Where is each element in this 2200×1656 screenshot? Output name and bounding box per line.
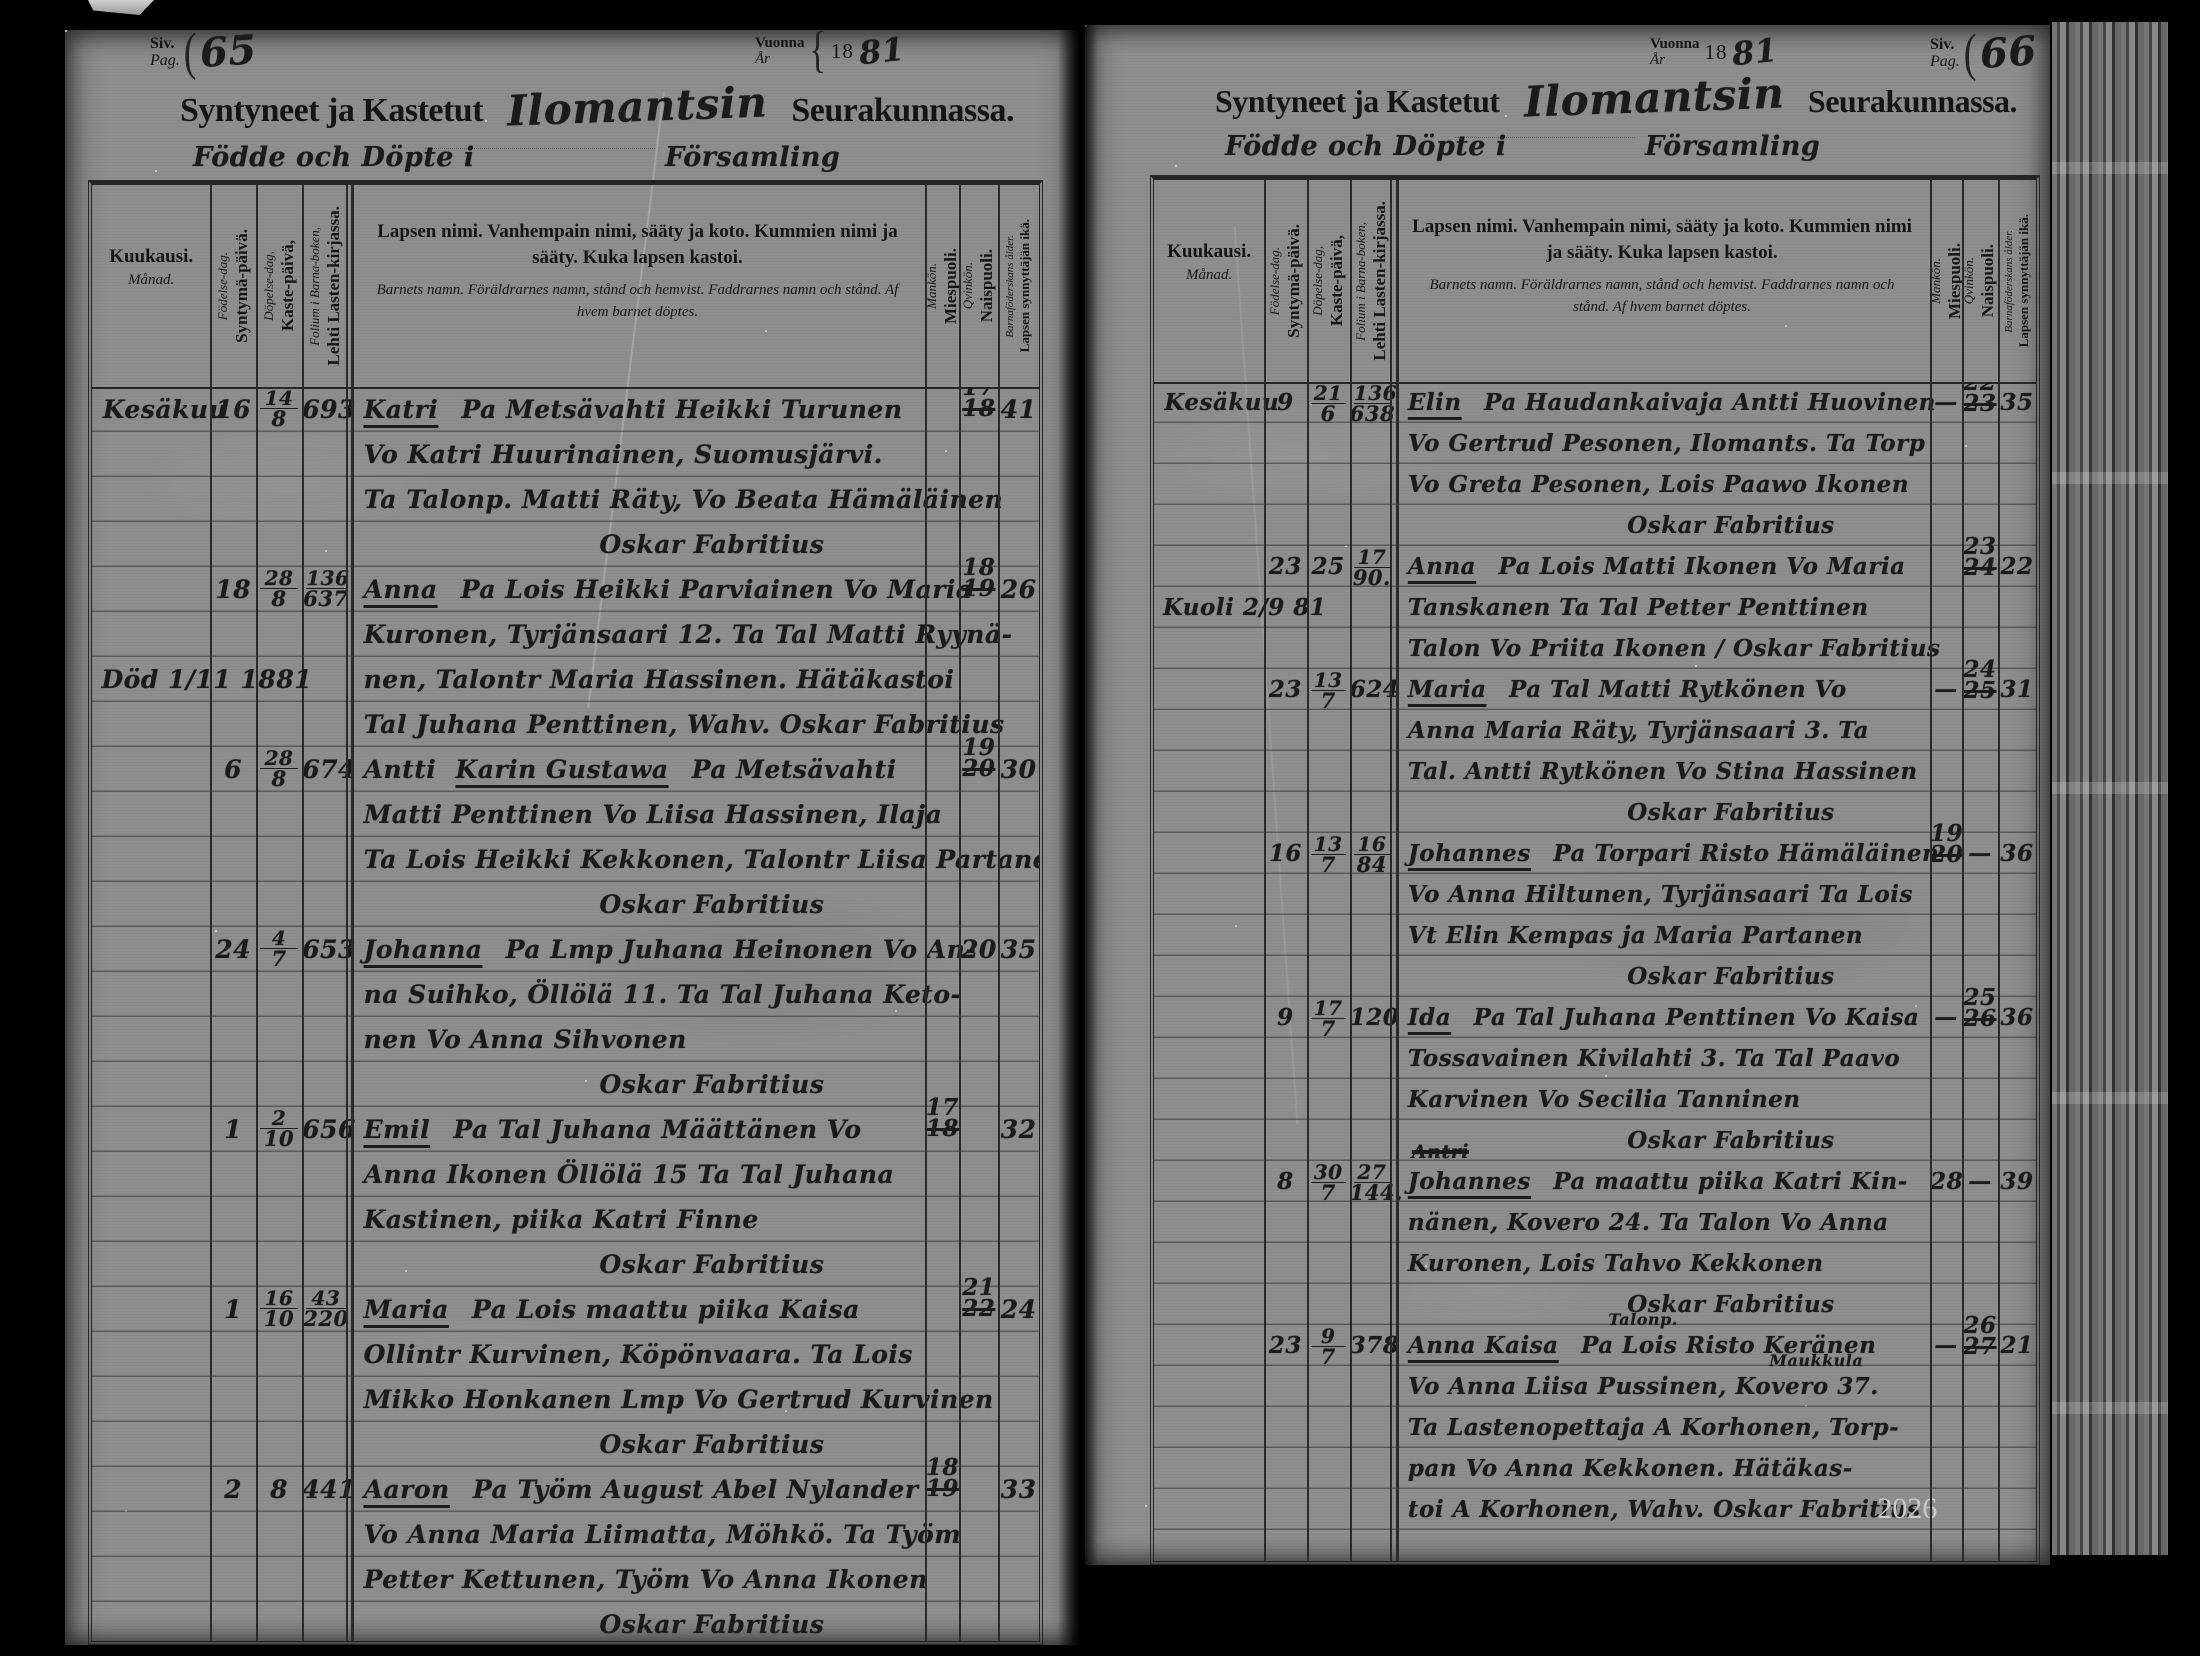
struck-number: 20 (959, 758, 998, 779)
baptism-month-denominator: 7 (1307, 691, 1350, 711)
year-century: 18 (831, 39, 854, 64)
entry-female-number: 2324 (1962, 536, 1998, 578)
entry-text-line: Kuronen, Tyrjänsaari 12. Ta Tal Matti Ry… (364, 612, 926, 657)
register-entry: Kuoli 2/9 81 23 25 1790. Anna Pa Lois Ma… (1154, 546, 2036, 669)
entry-celebrant: Oskar Fabritius (1408, 505, 1930, 546)
female-header-fi: Naispuoli. (1978, 244, 1998, 317)
entry-text: Aaron Pa Työm August Abel Nylander Vo An… (350, 1467, 926, 1641)
entry-text-line: Vo Anna Hiltunen, Tyrjänsaari Ta Lois (1408, 874, 1930, 915)
female-header-sv: Qvinkön. (960, 262, 976, 309)
baptism-month-denominator: 10 (256, 1309, 302, 1329)
film-frame-number: 2026 (1877, 1492, 1937, 1526)
entry-baptism-day: 97 (1307, 1325, 1350, 1367)
birth-header-fi: Syntymä-päivä. (1284, 224, 1304, 338)
entry-parents-text: Pa Lois maattu piika Kaisa (472, 1295, 860, 1324)
entry-text-line: Vo Greta Pesonen, Lois Paawo Ikonen (1408, 464, 1930, 505)
column-divider (1307, 180, 1309, 1561)
page-left: Siv. Pag. ( 65 Vuonna År { 18 81 Syntyne… (65, 30, 1078, 1645)
column-divider (1350, 180, 1352, 1561)
register-entry: 8 307 27144. Antri Johannes Pa maattu pi… (1154, 1161, 2036, 1325)
column-divider (210, 185, 212, 1641)
entry-text-line: nen, Talontr Maria Hassinen. Hätäkastoi (364, 657, 926, 702)
entry-mother-age: 39 (1998, 1161, 2036, 1202)
entry-birth-day: 16 (210, 387, 255, 432)
ar-label: År (755, 51, 804, 67)
entry-mother-age: 26 (998, 567, 1039, 612)
entry-text-line: Ida Pa Tal Juhana Penttinen Vo Kaisa (1408, 997, 1930, 1038)
vuonna-label: Vuonna (1650, 36, 1699, 52)
entry-mother-age: 31 (1998, 669, 2036, 710)
entry-text: Antti Karin Gustawa Pa Metsävahti Matti … (350, 747, 926, 927)
table-header: Kuukausi. Månad. Födelse-dag. Syntymä-pä… (92, 185, 1039, 389)
folio-header-sv: Folium i Barna-boken, (307, 227, 323, 346)
column-divider (1962, 180, 1964, 1561)
column-header-folio: Folium i Barna-boken, Lehti Lasten-kirja… (1350, 186, 1394, 376)
entry-baptism-day: 177 (1307, 997, 1350, 1039)
entry-celebrant: Oskar Fabritius (364, 522, 926, 567)
entry-folio: 441 (302, 1467, 349, 1512)
entry-text-line: Karvinen Vo Secilia Tanninen (1408, 1079, 1930, 1120)
struck-number: 25 (1962, 680, 1998, 701)
age-header-fi: Lapsen synnyttäjän ikä. (1017, 219, 1033, 352)
entry-month: Kesäkuu (97, 387, 217, 432)
entry-parents-text: Pa Torpari Risto Hämäläinen (1553, 840, 1939, 867)
entry-baptism-day: 47 (256, 927, 302, 969)
entry-child-name: Ida (1408, 1004, 1451, 1031)
folio-number: 90. (1350, 568, 1394, 588)
entry-text: Elin Pa Haudankaivaja Antti Huovinen Vo … (1394, 382, 1930, 546)
month-header-fi: Kuukausi. (1154, 240, 1264, 264)
baptism-month-denominator: 7 (1307, 1347, 1350, 1367)
entry-text: Ida Pa Tal Juhana Penttinen Vo Kaisa Tos… (1394, 997, 1930, 1161)
entry-text-line: Anna Ikonen Öllölä 15 Ta Tal Juhana (364, 1152, 926, 1197)
page-number: 65 (199, 26, 259, 77)
entry-child-name: Karin Gustawa (455, 755, 668, 784)
entry-folio: 136637 (302, 567, 349, 609)
page-title: Syntyneet ja Kastetut Ilomantsin Seuraku… (180, 82, 1014, 131)
entry-text-line: Elin Pa Haudankaivaja Antti Huovinen (1408, 382, 1930, 423)
entry-text-line: Antri Johannes Pa maattu piika Katri Kin… (1408, 1161, 1930, 1202)
entry-celebrant: Oskar Fabritius (364, 882, 926, 927)
entry-male-number: — (1930, 669, 1962, 710)
column-divider (256, 185, 258, 1641)
entry-female-number: 2425 (1962, 659, 1998, 701)
column-divider (998, 185, 1000, 1641)
entry-child-name: Anna (1408, 553, 1476, 580)
entry-baptism-day: 137 (1307, 669, 1350, 711)
column-header-male: Mankön. Miespuoli. (1930, 186, 1962, 376)
entry-text-line: Ollintr Kurvinen, Köpönvaara. Ta Lois (364, 1332, 926, 1377)
entry-baptism-day: 210 (256, 1107, 302, 1149)
struck-number: 23 (1962, 393, 1998, 414)
entry-celebrant: Oskar Fabritius (364, 1242, 926, 1287)
column-divider (959, 185, 961, 1641)
entry-folio: 378 (1350, 1325, 1394, 1366)
entry-text-line: Vo Katri Huurinainen, Suomusjärvi. (364, 432, 926, 477)
baptism-month-denominator: 6 (1307, 404, 1350, 424)
entry-baptism-day: 288 (256, 567, 302, 609)
entry-text: Anna Pa Lois Heikki Parviainen Vo Maria … (350, 567, 926, 747)
baptism-header-sv: Döpelse-dag, (261, 251, 277, 321)
entry-birth-day: 8 (1264, 1161, 1306, 1202)
entry-text: Maria Pa Lois maattu piika Kaisa Ollintr… (350, 1287, 926, 1467)
month-header-sv: Månad. (92, 269, 210, 291)
entry-text: Antri Johannes Pa maattu piika Katri Kin… (1394, 1161, 1930, 1325)
register-table: Kuukausi. Månad. Födelse-dag. Syntymä-pä… (1150, 175, 2040, 1565)
entry-baptism-day: 1610 (256, 1287, 302, 1329)
entry-folio: 693 (302, 387, 349, 432)
baptism-month-denominator: 8 (256, 409, 302, 429)
entry-birth-day: 1 (210, 1107, 255, 1152)
entry-text-line: Vt Elin Kempas ja Maria Partanen (1408, 915, 1930, 956)
entry-text: Johannes Pa Torpari Risto Hämäläinen Vo … (1394, 833, 1930, 997)
entry-child-name: Elin (1408, 389, 1462, 416)
age-header-sv: Barnaföderskans ålder. (1004, 235, 1016, 338)
age-header-fi: Lapsen synnyttäjän ikä. (2016, 214, 2032, 347)
column-header-month: Kuukausi. Månad. (1154, 240, 1264, 286)
entry-interline-note: Maukkula (1769, 1354, 1863, 1367)
column-divider (925, 185, 927, 1641)
entry-parents-text: Pa Metsävahti Heikki Turunen (461, 395, 902, 424)
entry-mother-age: 21 (1998, 1325, 2036, 1366)
entry-text: Anna Pa Lois Matti Ikonen Vo Maria Tansk… (1394, 546, 1930, 669)
entry-text: Maria Pa Tal Matti Rytkönen Vo Anna Mari… (1394, 669, 1930, 833)
register-book-scan: Siv. Pag. ( 65 Vuonna År { 18 81 Syntyne… (0, 0, 2200, 1656)
register-entry: 9 177 120 Ida Pa Tal Juhana Penttinen Vo… (1154, 997, 2036, 1161)
struck-number: 24 (1962, 557, 1998, 578)
entry-celebrant: Oskar Fabritius (1408, 1120, 1930, 1161)
entry-month: Kesäkuu (1158, 382, 1270, 423)
register-entry: 6 288 674 Antti Karin Gustawa Pa Metsäva… (92, 747, 1039, 927)
baptism-month-denominator: 8 (256, 769, 302, 789)
entry-text-line: Ta Talonp. Matti Räty, Vo Beata Hämäläin… (364, 477, 926, 522)
table-header: Kuukausi. Månad. Födelse-dag. Syntymä-pä… (1154, 180, 2036, 384)
entry-text-line: Antti Karin Gustawa Pa Metsävahti (364, 747, 926, 792)
brace-glyph: { (809, 23, 825, 80)
register-entry: 1 210 656 Emil Pa Tal Juhana Määttänen V… (92, 1107, 1039, 1287)
subtitle-swedish-right: Församling (1645, 131, 1820, 162)
entry-child-name: Johannes (1408, 1168, 1531, 1195)
entry-text-line: Vo Gertrud Pesonen, Ilomants. Ta Torp (1408, 423, 1930, 464)
register-entry: 23 137 624 Maria Pa Tal Matti Rytkönen V… (1154, 669, 2036, 833)
entry-text-line: Anna Pa Lois Matti Ikonen Vo Maria (1408, 546, 1930, 587)
main-header-sv: Barnets namn. Föräldrarnes namn, stånd o… (368, 279, 908, 323)
entry-child-name: Maria (364, 1295, 449, 1324)
entry-name-struck: Antri (1412, 1144, 1469, 1160)
baptism-month-denominator: 7 (1307, 1019, 1350, 1039)
entry-text-line: Talon Vo Priita Ikonen / Oskar Fabritius (1408, 628, 1930, 669)
entry-folio: 624 (1350, 669, 1394, 710)
entry-folio: 136638 (1350, 382, 1394, 424)
entry-text-line: Ta Lois Heikki Kekkonen, Talontr Liisa P… (364, 837, 926, 882)
entry-text-line: Anna Pa Lois Heikki Parviainen Vo Maria (364, 567, 926, 612)
main-header-fi: Lapsen nimi. Vanhempain nimi, sääty ja k… (1412, 214, 1912, 266)
entry-text-line: Maria Pa Lois maattu piika Kaisa (364, 1287, 926, 1332)
entry-text-line: Emil Pa Tal Juhana Määttänen Vo (364, 1107, 926, 1152)
column-header-mother-age: Barnaföderskans ålder. Lapsen synnyttäjä… (1998, 186, 2036, 376)
entry-text-line: Johanna Pa Lmp Juhana Heinonen Vo An- (364, 927, 926, 972)
entry-text-line: nänen, Kovero 24. Ta Talon Vo Anna (1408, 1202, 1930, 1243)
entry-text-line: Tal. Antti Rytkönen Vo Stina Hassinen (1408, 751, 1930, 792)
register-table: Kuukausi. Månad. Födelse-dag. Syntymä-pä… (88, 180, 1043, 1645)
year-handwritten: 81 (1731, 31, 1780, 74)
entry-baptism-day: 25 (1307, 546, 1350, 587)
entry-child-name: Maria (1408, 676, 1487, 703)
entry-female-number: 1718 (959, 387, 998, 419)
entry-text: Katri Pa Metsävahti Heikki Turunen Vo Ka… (350, 387, 926, 567)
entry-parents-text: Pa Lmp Juhana Heinonen Vo An- (506, 935, 976, 964)
entry-text: Anna Kaisa Pa Lois Risto Keränen Vo Anna… (1394, 1325, 1930, 1530)
entry-baptism-day: 148 (256, 387, 302, 429)
year-handwritten: 81 (857, 30, 906, 73)
entry-baptism-day: 307 (1307, 1161, 1350, 1203)
entry-parents-text: Pa Lois Matti Ikonen Vo Maria (1499, 553, 1906, 580)
entry-text-line: Aaron Pa Työm August Abel Nylander (364, 1467, 926, 1512)
year-block: Vuonna År { 18 81 (755, 32, 904, 70)
entry-male-number: 1718 (925, 1097, 959, 1139)
vuonna-label: Vuonna (755, 35, 804, 51)
entry-text-line: Johannes Pa Torpari Risto Hämäläinen (1408, 833, 1930, 874)
table-body: Kesäkuu 9 216 136638 Elin Pa Haudankaiva… (1154, 382, 2036, 1561)
column-divider-double (351, 185, 354, 1641)
baptism-month-denominator: 7 (256, 949, 302, 969)
entry-birth-day: 6 (210, 747, 255, 792)
entry-text-line: Tanskanen Ta Tal Petter Penttinen (1408, 587, 1930, 628)
entry-female-number: 2627 (1962, 1315, 1998, 1357)
entry-child-name: Johanna (364, 935, 483, 964)
entry-child-name: Anna Kaisa (1408, 1332, 1559, 1359)
entry-text-line: nen Vo Anna Sihvonen (364, 1017, 926, 1062)
column-header-birth-day: Födelse-dag. Syntymä-päivä. (1264, 186, 1306, 376)
column-header-female: Qvinkön. Naispuoli. (1962, 186, 1998, 376)
entry-folio: 674 (302, 747, 349, 792)
register-entry: 1 1610 43220 Maria Pa Lois maattu piika … (92, 1287, 1039, 1467)
female-header-fi: Naispuoli. (977, 249, 997, 322)
page-number-labels: Siv. Pag. (150, 35, 180, 69)
entry-text-line: na Suihko, Öllölä 11. Ta Tal Juhana Keto… (364, 972, 926, 1017)
baptism-month-denominator: 7 (1307, 855, 1350, 875)
page-edges-stack (2052, 22, 2168, 1555)
folio-number: 220 (302, 1309, 349, 1329)
register-entry: Död 1/11 1881 18 288 136637 Anna Pa Lois… (92, 567, 1039, 747)
register-entry: 24 47 653 Johanna Pa Lmp Juhana Heinonen… (92, 927, 1039, 1107)
entry-text-line: Kastinen, piika Katri Finne (364, 1197, 926, 1242)
entry-text-line: Tossavainen Kivilahti 3. Ta Tal Paavo (1408, 1038, 1930, 1079)
column-header-birth-day: Födelse-dag. Syntymä-päivä. (210, 191, 255, 381)
film-tear-artifact (88, 0, 154, 15)
entry-birth-day: 9 (1264, 382, 1306, 423)
folio-header-fi: Lehti Lasten-kirjassa. (1370, 201, 1390, 361)
baptism-month-denominator: 7 (1307, 1183, 1350, 1203)
table-body: Kesäkuu 16 148 693 Katri Pa Metsävahti H… (92, 387, 1039, 1641)
entry-female-number: 2223 (1962, 382, 1998, 414)
struck-number: 20 (1930, 844, 1962, 865)
register-entry: 16 137 1684 Johannes Pa Torpari Risto Hä… (1154, 833, 2036, 997)
entry-baptism-day: 288 (256, 747, 302, 789)
siv-label: Siv. (1930, 36, 1960, 53)
column-divider-double (1396, 180, 1399, 1561)
male-header-fi: Miespuoli. (941, 248, 961, 324)
entry-male-number: 28 (1930, 1161, 1962, 1202)
entry-celebrant: Oskar Fabritius (1408, 792, 1930, 833)
blank-rule (1455, 137, 1635, 138)
folio-number: 638 (1350, 404, 1394, 424)
column-divider (302, 185, 304, 1641)
entry-child-name: Emil (364, 1115, 431, 1144)
register-entry: Kesäkuu 9 216 136638 Elin Pa Haudankaiva… (1154, 382, 2036, 546)
entry-folio: 43220 (302, 1287, 349, 1329)
struck-number: 22 (959, 1298, 998, 1319)
entry-male-number: 1819 (925, 1457, 959, 1499)
column-header-male: Mankön. Miespuoli. (925, 191, 959, 381)
baptism-month-denominator: 10 (256, 1129, 302, 1149)
entry-baptism-day: 8 (256, 1467, 302, 1512)
baptism-header-fi: Kaste-päivä, (278, 240, 298, 331)
entry-female-number: 20 (959, 927, 998, 972)
entry-folio: 1790. (1350, 546, 1394, 588)
entry-text-line: toi A Korhonen, Wahv. Oskar Fabritius (1408, 1489, 1930, 1530)
column-header-female: Qvinkön. Naispuoli. (959, 191, 998, 381)
struck-number: 19 (925, 1478, 959, 1499)
entry-baptism-day: 137 (1307, 833, 1350, 875)
entry-text-line: Ta Lastenopettaja A Korhonen, Torp- (1408, 1407, 1930, 1448)
title-finnish-left: Syntyneet ja Kastetut (180, 92, 483, 130)
entry-female-number: 1819 (959, 557, 998, 599)
entry-folio: 120 (1350, 997, 1394, 1038)
entry-birth-day: 9 (1264, 997, 1306, 1038)
entry-male-number: — (1930, 382, 1962, 423)
column-divider-double (346, 185, 348, 1641)
entry-parents-text: Pa Tal Juhana Määttänen Vo (453, 1115, 861, 1144)
struck-number: 19 (959, 578, 998, 599)
entry-mother-age: 36 (1998, 833, 2036, 874)
entry-child-name: Johannes (1408, 840, 1531, 867)
title-finnish-left: Syntyneet ja Kastetut (1215, 83, 1500, 120)
entry-child-name: Katri (364, 395, 439, 424)
entry-text-line: Kuronen, Lois Tahvo Kekkonen (1408, 1243, 1930, 1284)
struck-number: 18 (925, 1118, 959, 1139)
column-divider (1998, 180, 2000, 1561)
entry-celebrant: Oskar Fabritius (364, 1422, 926, 1467)
folio-number: 637 (302, 589, 349, 609)
month-header-fi: Kuukausi. (92, 245, 210, 269)
entry-mother-age: 30 (998, 747, 1039, 792)
title-finnish-right: Seurakunnassa. (791, 92, 1014, 130)
entry-text-line: Vo Anna Liisa Pussinen, Kovero 37. (1408, 1366, 1930, 1407)
subtitle-swedish-right: Församling (665, 142, 840, 173)
page-number-block: Siv. Pag. ( 66 (1930, 29, 2037, 76)
column-header-baptism-day: Döpelse-dag, Kaste-päivä, (256, 191, 302, 381)
entry-folio: 653 (302, 927, 349, 972)
siv-label: Siv. (150, 35, 180, 52)
column-header-month: Kuukausi. Månad. (92, 245, 210, 291)
entry-parents-text: Pa Haudankaivaja Antti Huovinen (1484, 389, 1936, 416)
entry-parents-text: Pa maattu piika Katri Kin- (1553, 1168, 1908, 1195)
register-entry: 23 97 378 Anna Kaisa Pa Lois Risto Kerän… (1154, 1325, 2036, 1530)
struck-number: 26 (1962, 1008, 1998, 1029)
entry-celebrant: Oskar Fabritius (364, 1602, 926, 1641)
entry-celebrant: Oskar Fabritius (1408, 956, 1930, 997)
entry-birth-day: 23 (1264, 669, 1306, 710)
entry-text: Emil Pa Tal Juhana Määttänen Vo Anna Iko… (350, 1107, 926, 1287)
page-number-labels: Siv. Pag. (1930, 36, 1960, 70)
entry-death-note: Död 1/11 1881 (101, 657, 385, 702)
entry-text-line: Petter Kettunen, Työm Vo Anna Ikonen (364, 1557, 926, 1602)
book-gutter-shadow (1058, 0, 1098, 1656)
entry-text-line: Katri Pa Metsävahti Heikki Turunen (364, 387, 926, 432)
entry-mother-age: 22 (1998, 546, 2036, 587)
page-number: 66 (1979, 27, 2039, 78)
entry-child-name: Aaron (364, 1475, 450, 1504)
entry-mother-age: 24 (998, 1287, 1039, 1332)
age-header-sv: Barnaföderskans ålder. (2003, 230, 2015, 333)
page-number-block: Siv. Pag. ( 65 (150, 28, 257, 75)
year-labels: Vuonna År (755, 35, 804, 67)
parish-name-handwritten: Ilomantsin (506, 77, 768, 135)
entry-birth-day: 23 (1264, 1325, 1306, 1366)
entry-parents-text: Pa Metsävahti (692, 755, 897, 784)
entry-birth-day: 2 (210, 1467, 255, 1512)
entry-text-line: Anna Maria Räty, Tyrjänsaari 3. Ta (1408, 710, 1930, 751)
entry-male-number: 1920 (1930, 823, 1962, 865)
entry-mother-age: 35 (1998, 382, 2036, 423)
page-title: Syntyneet ja Kastetut Ilomantsin Seuraku… (1215, 73, 2017, 122)
entry-female-number: 2122 (959, 1277, 998, 1319)
folio-number: 144. (1350, 1183, 1394, 1203)
column-divider-double (1390, 180, 1392, 1561)
main-header-sv: Barnets namn. Föräldrarnes namn, stånd o… (1412, 274, 1912, 318)
entry-folio: 656 (302, 1107, 349, 1152)
entry-text: Johanna Pa Lmp Juhana Heinonen Vo An- na… (350, 927, 926, 1107)
year-block: Vuonna År 18 81 (1650, 33, 1778, 71)
entry-parents-text: Pa Tal Matti Rytkönen Vo (1509, 676, 1847, 703)
entry-text-line: Maria Pa Tal Matti Rytkönen Vo (1408, 669, 1930, 710)
entry-parents-text: Pa Lois Heikki Parviainen Vo Maria (461, 575, 973, 604)
entry-birth-day: 16 (1264, 833, 1306, 874)
subtitle-swedish-left: Födde och Döpte i (1225, 131, 1507, 162)
entry-female-number: 2526 (1962, 987, 1998, 1029)
entry-baptism-day: 216 (1307, 382, 1350, 424)
pag-label: Pag. (150, 52, 180, 69)
month-header-sv: Månad. (1154, 264, 1264, 286)
birth-header-sv: Födelse-dag. (1267, 247, 1283, 315)
entry-text-line: pan Vo Anna Kekkonen. Hätäkas- (1408, 1448, 1930, 1489)
entry-birth-day: 24 (210, 927, 255, 972)
entry-female-number: — (1962, 833, 1998, 874)
ar-label: År (1650, 52, 1699, 68)
entry-mother-age: 35 (998, 927, 1039, 972)
entry-mother-age: 41 (998, 387, 1039, 432)
entry-birth-day: 1 (210, 1287, 255, 1332)
entry-parents-text: Pa Tal Juhana Penttinen Vo Kaisa (1474, 1004, 1920, 1031)
struck-number: 18 (959, 398, 998, 419)
dust-specks (65, 30, 67, 32)
entry-male-number: — (1930, 1325, 1962, 1366)
baptism-header-sv: Döpelse-dag, (1310, 246, 1326, 316)
register-entry: Kesäkuu 16 148 693 Katri Pa Metsävahti H… (92, 387, 1039, 567)
year-century: 18 (1704, 40, 1727, 65)
entry-interline-note: Talonp. (1608, 1313, 1677, 1326)
column-divider (1264, 180, 1266, 1561)
year-labels: Vuonna År (1650, 36, 1699, 68)
main-header-fi: Lapsen nimi. Vanhempain nimi, sääty ja k… (368, 219, 908, 271)
birth-header-fi: Syntymä-päivä. (232, 229, 252, 343)
entry-text-line: Matti Penttinen Vo Liisa Hassinen, Ilaja (364, 792, 926, 837)
entry-female-number: 1920 (959, 737, 998, 779)
entry-birth-day: 23 (1264, 546, 1306, 587)
title-finnish-right: Seurakunnassa. (1808, 83, 2017, 120)
blank-rule (425, 148, 655, 149)
